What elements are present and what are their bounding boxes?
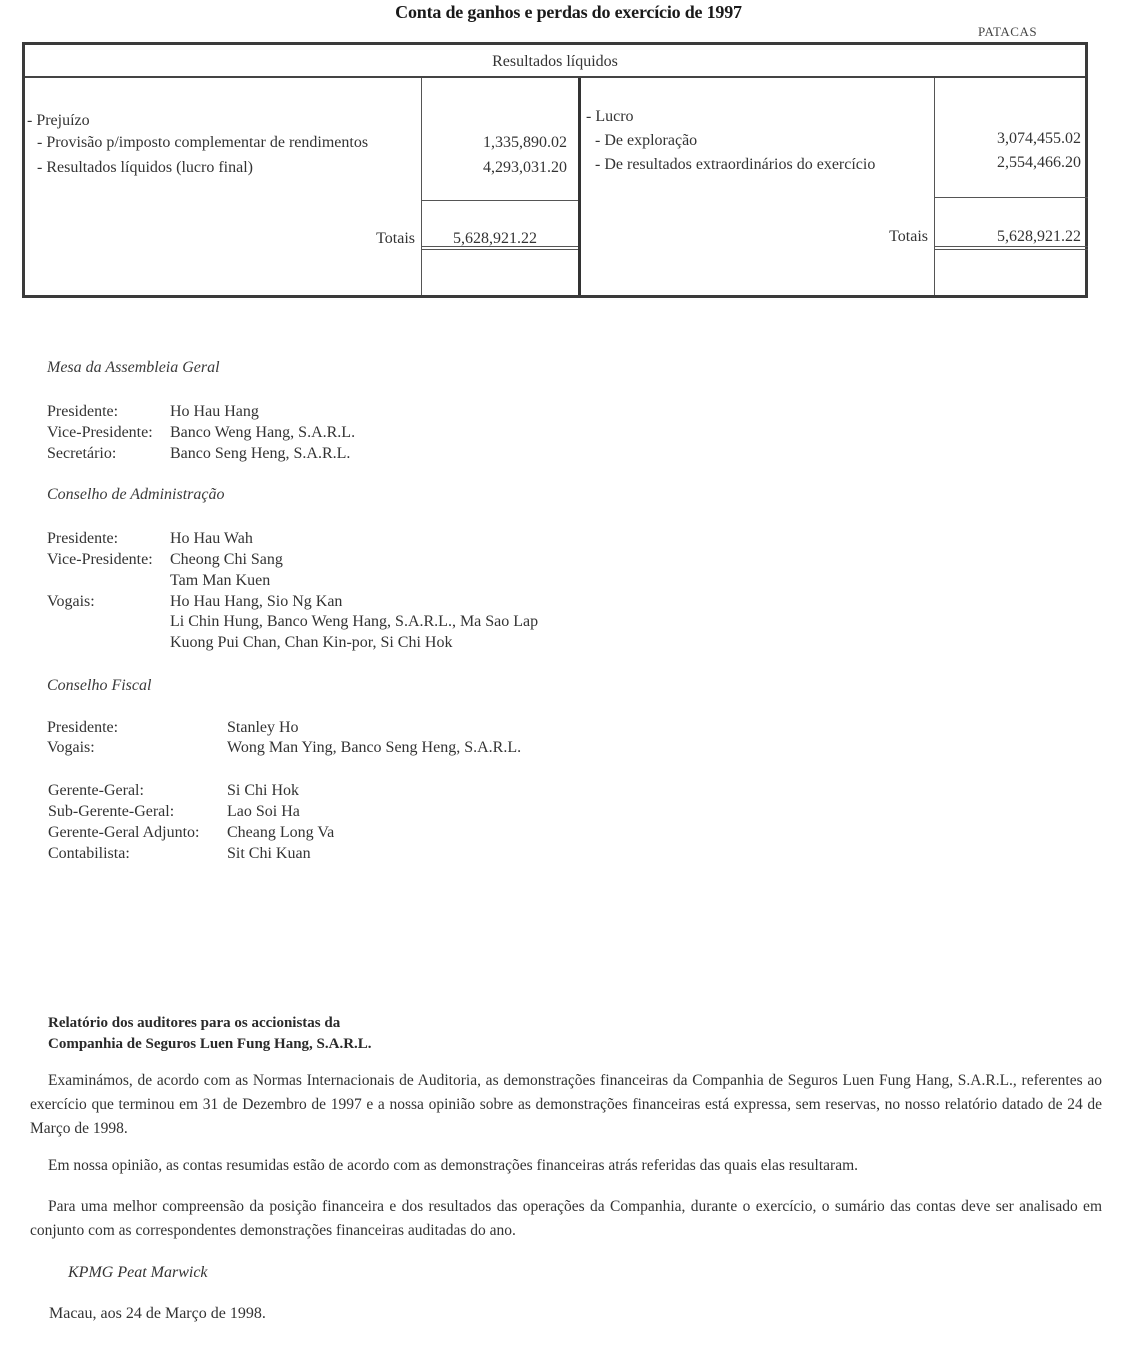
- section-heading-fiscal: Conselho Fiscal: [47, 677, 151, 695]
- credit-total-label: Totais: [889, 228, 928, 246]
- member-names: Sit Chi Kuan: [227, 843, 311, 864]
- member-names: Ho Hau Hang: [170, 401, 259, 422]
- role-label: Presidente:: [47, 528, 118, 549]
- report-paragraph: Examinámos, de acordo com as Normas Inte…: [30, 1069, 1102, 1141]
- debit-item-value: 4,293,031.20: [483, 159, 567, 177]
- member-names: Stanley Ho: [227, 717, 299, 738]
- currency-label: PATACAS: [978, 24, 1037, 40]
- role-label: Presidente:: [47, 401, 118, 422]
- auditor-report-heading: Relatório dos auditores para os accionis…: [48, 1013, 372, 1055]
- member-names: Cheong Chi Sang: [170, 549, 283, 570]
- role-label: Presidente:: [47, 717, 118, 738]
- table-header: Resultados líquidos: [25, 45, 1085, 78]
- subtotal-line: [421, 200, 578, 201]
- member-names: Ho Hau Wah: [170, 528, 253, 549]
- credit-item-value: 3,074,455.02: [997, 130, 1081, 148]
- heading-line: Companhia de Seguros Luen Fung Hang, S.A…: [48, 1034, 372, 1055]
- report-paragraph: Em nossa opinião, as contas resumidas es…: [30, 1154, 1102, 1178]
- member-names: Wong Man Ying, Banco Seng Heng, S.A.R.L.: [227, 737, 521, 758]
- member-names: Kuong Pui Chan, Chan Kin-por, Si Chi Hok: [170, 632, 452, 653]
- member-names: Tam Man Kuen: [170, 570, 270, 591]
- debit-total-value: 5,628,921.22: [453, 230, 537, 248]
- debit-item-label: - Provisão p/imposto complementar de ren…: [37, 134, 368, 152]
- table-divider: [934, 78, 935, 295]
- credit-item-label: - De exploração: [595, 132, 697, 150]
- table-divider-center: [578, 78, 581, 295]
- report-paragraph: Para uma melhor compreensão da posição f…: [30, 1195, 1102, 1243]
- credit-item-label: - De resultados extraordinários do exerc…: [595, 156, 875, 174]
- member-names: Ho Hau Hang, Sio Ng Kan: [170, 591, 342, 612]
- debit-total-label: Totais: [376, 230, 415, 248]
- total-double-line: [934, 246, 1088, 250]
- role-label: Contabilista:: [48, 843, 130, 864]
- role-label: Vogais:: [47, 591, 95, 612]
- table-divider: [421, 78, 422, 295]
- member-names: Li Chin Hung, Banco Weng Hang, S.A.R.L.,…: [170, 611, 538, 632]
- member-names: Banco Seng Heng, S.A.R.L.: [170, 443, 350, 464]
- debit-item-value: 1,335,890.02: [483, 134, 567, 152]
- heading-line: Relatório dos auditores para os accionis…: [48, 1013, 372, 1034]
- profit-loss-table: Resultados líquidos - Prejuízo - Provisã…: [22, 42, 1088, 298]
- document-title: Conta de ganhos e perdas do exercício de…: [0, 2, 1137, 23]
- place-date: Macau, aos 24 de Março de 1998.: [49, 1305, 266, 1323]
- credit-item-value: 2,554,466.20: [997, 154, 1081, 172]
- debit-item-label: - Resultados líquidos (lucro final): [37, 159, 253, 177]
- role-label: Gerente-Geral:: [48, 780, 144, 801]
- debit-group-label: - Prejuízo: [27, 112, 90, 130]
- member-names: Banco Weng Hang, S.A.R.L.: [170, 422, 355, 443]
- member-names: Lao Soi Ha: [227, 801, 300, 822]
- role-label: Sub-Gerente-Geral:: [48, 801, 174, 822]
- section-heading-administracao: Conselho de Administração: [47, 486, 224, 504]
- credit-total-value: 5,628,921.22: [997, 228, 1081, 246]
- role-label: Secretário:: [47, 443, 116, 464]
- role-label: Vice-Presidente:: [47, 549, 153, 570]
- subtotal-line: [934, 197, 1088, 198]
- section-heading-assembleia: Mesa da Assembleia Geral: [47, 359, 220, 377]
- role-label: Gerente-Geral Adjunto:: [48, 822, 200, 843]
- role-label: Vogais:: [47, 737, 95, 758]
- credit-group-label: - Lucro: [586, 108, 634, 126]
- member-names: Si Chi Hok: [227, 780, 299, 801]
- auditor-signature: KPMG Peat Marwick: [68, 1264, 208, 1282]
- member-names: Cheang Long Va: [227, 822, 334, 843]
- role-label: Vice-Presidente:: [47, 422, 153, 443]
